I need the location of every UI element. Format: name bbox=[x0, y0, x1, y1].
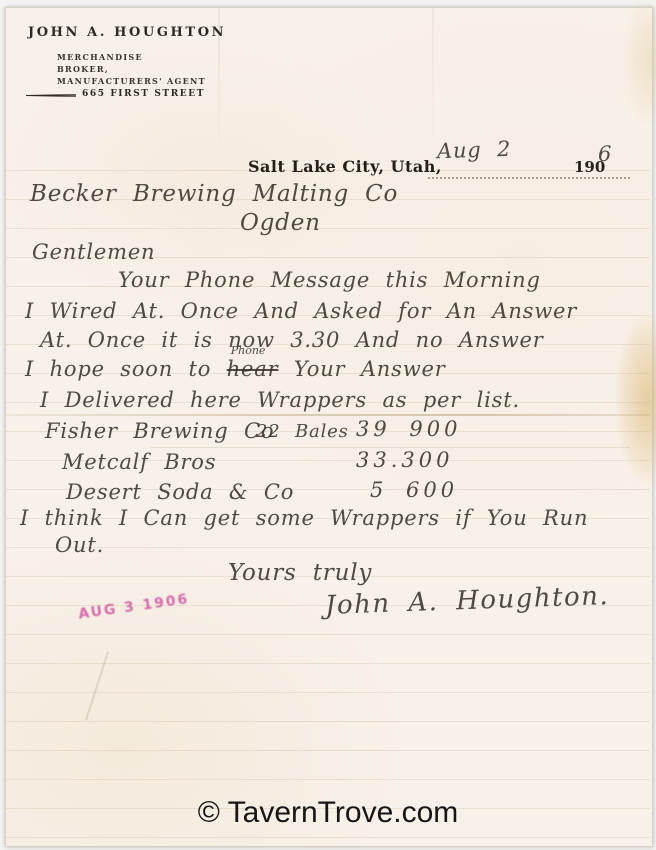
body-line-7: Out. bbox=[55, 533, 104, 557]
body-line-4-prefix: I hope soon to bbox=[25, 357, 227, 381]
body-line-1: Your Phone Message this Morning bbox=[118, 268, 541, 292]
delivery-1-amount: 39 900 bbox=[356, 417, 461, 441]
horizontal-crease bbox=[6, 414, 650, 416]
vertical-fold-right bbox=[432, 8, 434, 158]
date-fill-in-line bbox=[428, 176, 630, 179]
handwritten-year-digit: 6 bbox=[598, 142, 612, 166]
closing: Yours truly bbox=[228, 560, 372, 586]
inserted-word-phone: Phone bbox=[231, 344, 266, 357]
body-line-3: At. Once it is now 3.30 And no Answer bbox=[40, 328, 544, 352]
handwritten-date: Aug 2 bbox=[437, 137, 512, 164]
delivery-3-name: Desert Soda & Co bbox=[66, 480, 294, 504]
watermark-text: © TavernTrove.com bbox=[198, 796, 459, 830]
letterhead-title-line-3: MANUFACTURERS' AGENT bbox=[57, 76, 206, 86]
paper-stain-right bbox=[592, 290, 656, 510]
letterhead-title-line-1: MERCHANDISE bbox=[57, 52, 143, 62]
body-line-4: I hope soon to hearPhone Your Answer bbox=[25, 357, 446, 381]
scanned-letter: JOHN A. HOUGHTON MERCHANDISE BROKER, MAN… bbox=[0, 0, 656, 850]
delivery-2-name: Metcalf Bros bbox=[62, 450, 216, 474]
body-line-5: I Delivered here Wrappers as per list. bbox=[40, 388, 520, 412]
paper-stain-top-right bbox=[600, 0, 656, 150]
recipient-city: Ogden bbox=[240, 210, 321, 236]
body-line-6: I think I Can get some Wrappers if You R… bbox=[20, 506, 588, 530]
body-line-2: I Wired At. Once And Asked for An Answer bbox=[25, 299, 577, 323]
letterhead-title-line-2: BROKER, bbox=[57, 64, 109, 74]
letterhead-address: 665 FIRST STREET bbox=[82, 89, 205, 99]
salutation: Gentlemen bbox=[32, 240, 155, 264]
delivery-2-amount: 33.300 bbox=[356, 448, 453, 472]
recipient-name: Becker Brewing Malting Co bbox=[30, 181, 398, 207]
body-line-4-suffix: Your Answer bbox=[278, 357, 445, 381]
letterhead-name: JOHN A. HOUGHTON bbox=[28, 25, 226, 40]
delivery-1-name: Fisher Brewing Co bbox=[45, 419, 274, 443]
printed-location: Salt Lake City, Utah, bbox=[248, 157, 442, 176]
struck-word: hearPhone bbox=[227, 357, 279, 381]
delivery-3-amount: 5 600 bbox=[370, 478, 458, 502]
delivery-1-qty: 22 Bales bbox=[256, 421, 349, 442]
